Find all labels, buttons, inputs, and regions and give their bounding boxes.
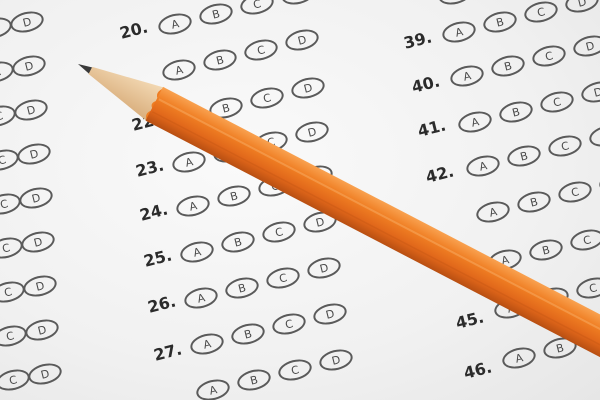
answer-bubble-d[interactable]: D <box>563 0 600 16</box>
answer-sheet: CDCDCDCDCDCDCDCDCD 20.ABCDABCD22.ABCD23.… <box>0 0 600 400</box>
answer-bubble-d[interactable]: D <box>17 184 55 212</box>
answer-bubble-b[interactable]: B <box>219 228 257 256</box>
answer-bubble-b[interactable]: B <box>197 0 235 28</box>
answer-bubble-c[interactable]: C <box>0 278 27 306</box>
answer-bubble-d[interactable]: D <box>293 118 331 146</box>
answer-bubble-b[interactable]: B <box>489 52 527 80</box>
answer-bubble-d[interactable]: D <box>289 74 327 102</box>
answer-bubble-c[interactable]: C <box>238 0 276 18</box>
answer-bubble-c[interactable]: C <box>276 356 314 384</box>
answer-bubble-d[interactable]: D <box>305 254 343 282</box>
answer-bubble-c[interactable]: C <box>248 84 286 112</box>
answer-bubble-d[interactable]: D <box>12 96 50 124</box>
answer-bubble-c[interactable]: C <box>0 234 25 262</box>
answer-bubble-d[interactable]: D <box>301 208 339 236</box>
answer-bubble-a[interactable]: A <box>440 18 478 46</box>
answer-bubble-b[interactable]: B <box>207 94 245 122</box>
question-number: 23. <box>134 155 166 180</box>
answer-bubble-d[interactable]: D <box>19 228 57 256</box>
answer-bubble-a[interactable]: A <box>178 238 216 266</box>
answer-bubble-b[interactable]: B <box>541 334 579 362</box>
answer-bubble-d[interactable]: D <box>579 78 600 106</box>
answer-bubble-c[interactable]: C <box>538 88 576 116</box>
answer-bubble-d[interactable]: D <box>23 316 61 344</box>
answer-bubble-c[interactable]: C <box>256 172 294 200</box>
answer-bubble-d[interactable]: D <box>311 300 349 328</box>
answer-bubble-c[interactable]: C <box>574 274 600 302</box>
question-number: 45. <box>454 307 486 332</box>
answer-bubble-c[interactable]: C <box>264 264 302 292</box>
question-number: 44. <box>444 257 476 282</box>
answer-bubble-a[interactable]: A <box>170 148 208 176</box>
answer-bubble-a[interactable]: A <box>194 376 232 400</box>
question-number: 41. <box>416 115 448 140</box>
question-number: 26. <box>146 291 178 316</box>
answer-bubble-d[interactable]: D <box>15 140 53 168</box>
answer-bubble-c[interactable]: C <box>568 226 600 254</box>
answer-bubble-c[interactable]: C <box>546 132 584 160</box>
answer-bubble-c[interactable]: C <box>270 310 308 338</box>
answer-bubble-a[interactable]: A <box>448 62 486 90</box>
answer-bubble-c[interactable]: C <box>522 0 560 26</box>
question-number: 22. <box>130 109 162 134</box>
answer-bubble-b[interactable]: B <box>527 236 565 264</box>
question-number: 46. <box>462 357 494 382</box>
answer-bubble-b[interactable]: B <box>211 138 249 166</box>
question-number: 40. <box>410 71 442 96</box>
answer-bubble-b[interactable]: B <box>201 46 239 74</box>
answer-bubble-c[interactable]: C <box>582 324 600 352</box>
answer-bubble-c[interactable]: C <box>252 128 290 156</box>
answer-bubble-b[interactable]: B <box>497 98 535 126</box>
answer-bubble-b[interactable]: B <box>235 366 273 394</box>
answer-bubble-b[interactable]: B <box>505 142 543 170</box>
answer-bubble-b[interactable]: B <box>533 284 571 312</box>
answer-bubble-b[interactable]: B <box>515 188 553 216</box>
answer-bubble-c[interactable]: C <box>530 42 568 70</box>
question-number: 20. <box>118 17 150 42</box>
answer-bubble-b[interactable]: B <box>223 274 261 302</box>
answer-bubble-d[interactable]: D <box>26 360 64 388</box>
answer-bubble-d[interactable]: D <box>279 0 317 8</box>
answer-bubble-c[interactable]: C <box>0 322 29 350</box>
answer-bubble-a[interactable]: A <box>436 0 474 8</box>
answer-bubble-d[interactable]: D <box>10 52 48 80</box>
question-number: 27. <box>152 339 184 364</box>
answer-bubble-a[interactable]: A <box>486 246 524 274</box>
answer-bubble-b[interactable]: B <box>481 8 519 36</box>
answer-bubble-a[interactable]: A <box>456 108 494 136</box>
answer-bubble-d[interactable]: D <box>571 32 600 60</box>
answer-bubble-d[interactable]: D <box>283 26 321 54</box>
answer-bubble-d[interactable]: D <box>317 346 355 374</box>
question-number: 39. <box>402 27 434 52</box>
answer-bubble-a[interactable]: A <box>464 152 502 180</box>
answer-bubble-a[interactable]: A <box>156 10 194 38</box>
answer-bubble-a[interactable]: A <box>174 192 212 220</box>
answer-bubble-a[interactable]: A <box>188 330 226 358</box>
answer-bubble-d[interactable]: D <box>8 8 46 36</box>
answer-bubble-a[interactable]: A <box>160 56 198 84</box>
question-number: 25. <box>142 245 174 270</box>
answer-bubble-a[interactable]: A <box>166 104 204 132</box>
answer-bubble-a[interactable]: A <box>182 284 220 312</box>
answer-bubble-b[interactable]: B <box>215 182 253 210</box>
answer-bubble-c[interactable]: C <box>556 178 594 206</box>
answer-bubble-d[interactable]: D <box>21 272 59 300</box>
answer-bubble-a[interactable]: A <box>492 294 530 322</box>
answer-bubble-b[interactable]: B <box>229 320 267 348</box>
answer-bubble-a[interactable]: A <box>474 198 512 226</box>
answer-bubble-d[interactable]: D <box>297 162 335 190</box>
answer-bubble-d[interactable]: D <box>587 122 600 150</box>
answer-bubble-c[interactable]: C <box>242 36 280 64</box>
answer-bubble-c[interactable]: C <box>260 218 298 246</box>
question-number: 42. <box>424 161 456 186</box>
question-number: 24. <box>138 199 170 224</box>
answer-bubble-c[interactable]: C <box>0 366 32 394</box>
answer-bubble-a[interactable]: A <box>500 344 538 372</box>
